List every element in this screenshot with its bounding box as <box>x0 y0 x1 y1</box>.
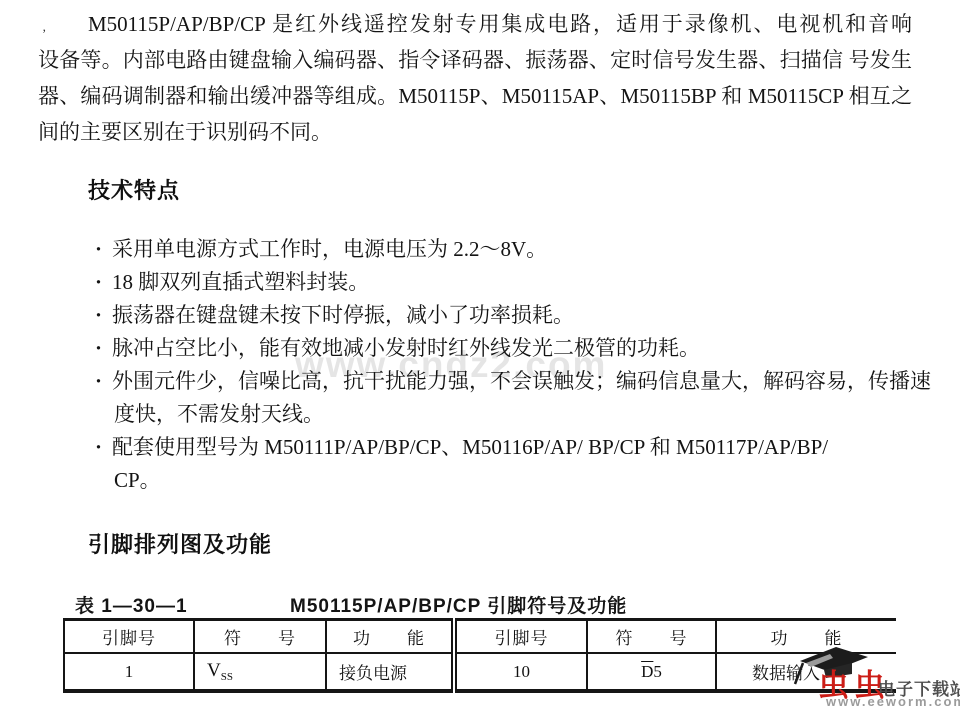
symbol-rest: 5 <box>653 662 662 681</box>
bullet-icon: · <box>95 332 102 365</box>
bullet-icon: · <box>95 266 102 299</box>
bullet-icon: · <box>95 233 102 266</box>
site-logo-watermark: 虫虫 电子下载站 www.eeworm.com <box>790 642 960 708</box>
pin-symbol-right: D5 <box>587 653 716 691</box>
feature-text: 脉冲占空比小，能有效地减小发射时红外线发光二极管的功耗。 <box>112 336 700 360</box>
column-header-pin-right: 引脚号 <box>454 620 587 654</box>
column-header-symbol-right: 符 号 <box>587 620 716 654</box>
intro-paragraph: M50115P/AP/BP/CP 是红外线遥控发射专用集成电路，适用于录像机、电… <box>38 6 912 150</box>
column-header-pin-left: 引脚号 <box>64 620 194 654</box>
pin-function-table: 引脚号 符 号 功 能 引脚号 符 号 功 能 1 VSS 接负电源 10 D5… <box>63 618 896 693</box>
table-header-row: 引脚号 符 号 功 能 引脚号 符 号 功 能 <box>64 620 896 654</box>
list-item: · 外围元件少，信噪比高，抗干扰能力强，不会误触发；编码信息量大，解码容易，传播… <box>97 365 917 398</box>
feature-text: 度快，不需发射天线。 <box>114 402 324 426</box>
table-row: 1 VSS 接负电源 10 D5 数据输入 <box>64 653 896 691</box>
table-caption: 表 1—30—1 M50115P/AP/BP/CP 引脚符号及功能 <box>75 591 915 615</box>
list-item-continuation: CP。 <box>97 464 917 497</box>
bullet-icon: · <box>95 365 102 398</box>
features-section-title: 技术特点 <box>88 174 180 205</box>
logo-url-text: www.eeworm.com <box>826 694 960 708</box>
symbol-subscript: SS <box>221 671 233 683</box>
column-header-func-left: 功 能 <box>326 620 454 654</box>
list-item: · 振荡器在键盘键未按下时停振，减小了功率损耗。 <box>97 299 917 332</box>
intro-line: 间的主要区别在于识别码不同。 <box>38 114 912 150</box>
bullet-icon: · <box>95 299 102 332</box>
pin-symbol-left: VSS <box>194 653 326 691</box>
intro-line: M50115P/AP/BP/CP 是红外线遥控发射专用集成电路，适用于录像机、电… <box>38 6 912 42</box>
list-item: · 18 脚双列直插式塑料封装。 <box>97 266 917 299</box>
scanned-document-page: ’ www.cndz2.com M50115P/AP/BP/CP 是红外线遥控发… <box>0 0 960 708</box>
symbol-overline: D <box>641 662 653 681</box>
table-title: M50115P/AP/BP/CP 引脚符号及功能 <box>290 591 627 618</box>
intro-line: 设备等。内部电路由键盘输入编码器、指令译码器、振荡器、定时信号发生器、扫描信 号… <box>38 42 912 78</box>
feature-text: 外围元件少，信噪比高，抗干扰能力强，不会误触发；编码信息量大，解码容易，传播速 <box>112 369 931 393</box>
list-item: · 脉冲占空比小，能有效地减小发射时红外线发光二极管的功耗。 <box>97 332 917 365</box>
table-number-label: 表 1—30—1 <box>75 591 188 618</box>
list-item: · 采用单电源方式工作时，电源电压为 2.2～8V。 <box>97 233 917 266</box>
feature-text: 采用单电源方式工作时，电源电压为 2.2～8V。 <box>112 237 547 261</box>
pin-number-left: 1 <box>64 653 194 691</box>
feature-text: 18 脚双列直插式塑料封装。 <box>112 270 369 294</box>
pinout-section-title: 引脚排列图及功能 <box>88 528 272 559</box>
list-item-continuation: 度快，不需发射天线。 <box>97 398 917 431</box>
symbol-base: V <box>207 660 221 681</box>
pin-number-right: 10 <box>454 653 587 691</box>
features-list: · 采用单电源方式工作时，电源电压为 2.2～8V。 · 18 脚双列直插式塑料… <box>97 233 917 497</box>
feature-text: 配套使用型号为 M50111P/AP/BP/CP、M50116P/AP/ BP/… <box>112 435 828 459</box>
intro-line: 器、编码调制器和输出缓冲器等组成。M50115P、M50115AP、M50115… <box>38 78 912 114</box>
pin-function-left: 接负电源 <box>326 653 454 691</box>
column-header-symbol-left: 符 号 <box>194 620 326 654</box>
bullet-icon: · <box>95 431 102 464</box>
list-item: · 配套使用型号为 M50111P/AP/BP/CP、M50116P/AP/ B… <box>97 431 917 464</box>
feature-text: 振荡器在键盘键未按下时停振，减小了功率损耗。 <box>112 303 574 327</box>
feature-text: CP。 <box>114 468 161 492</box>
